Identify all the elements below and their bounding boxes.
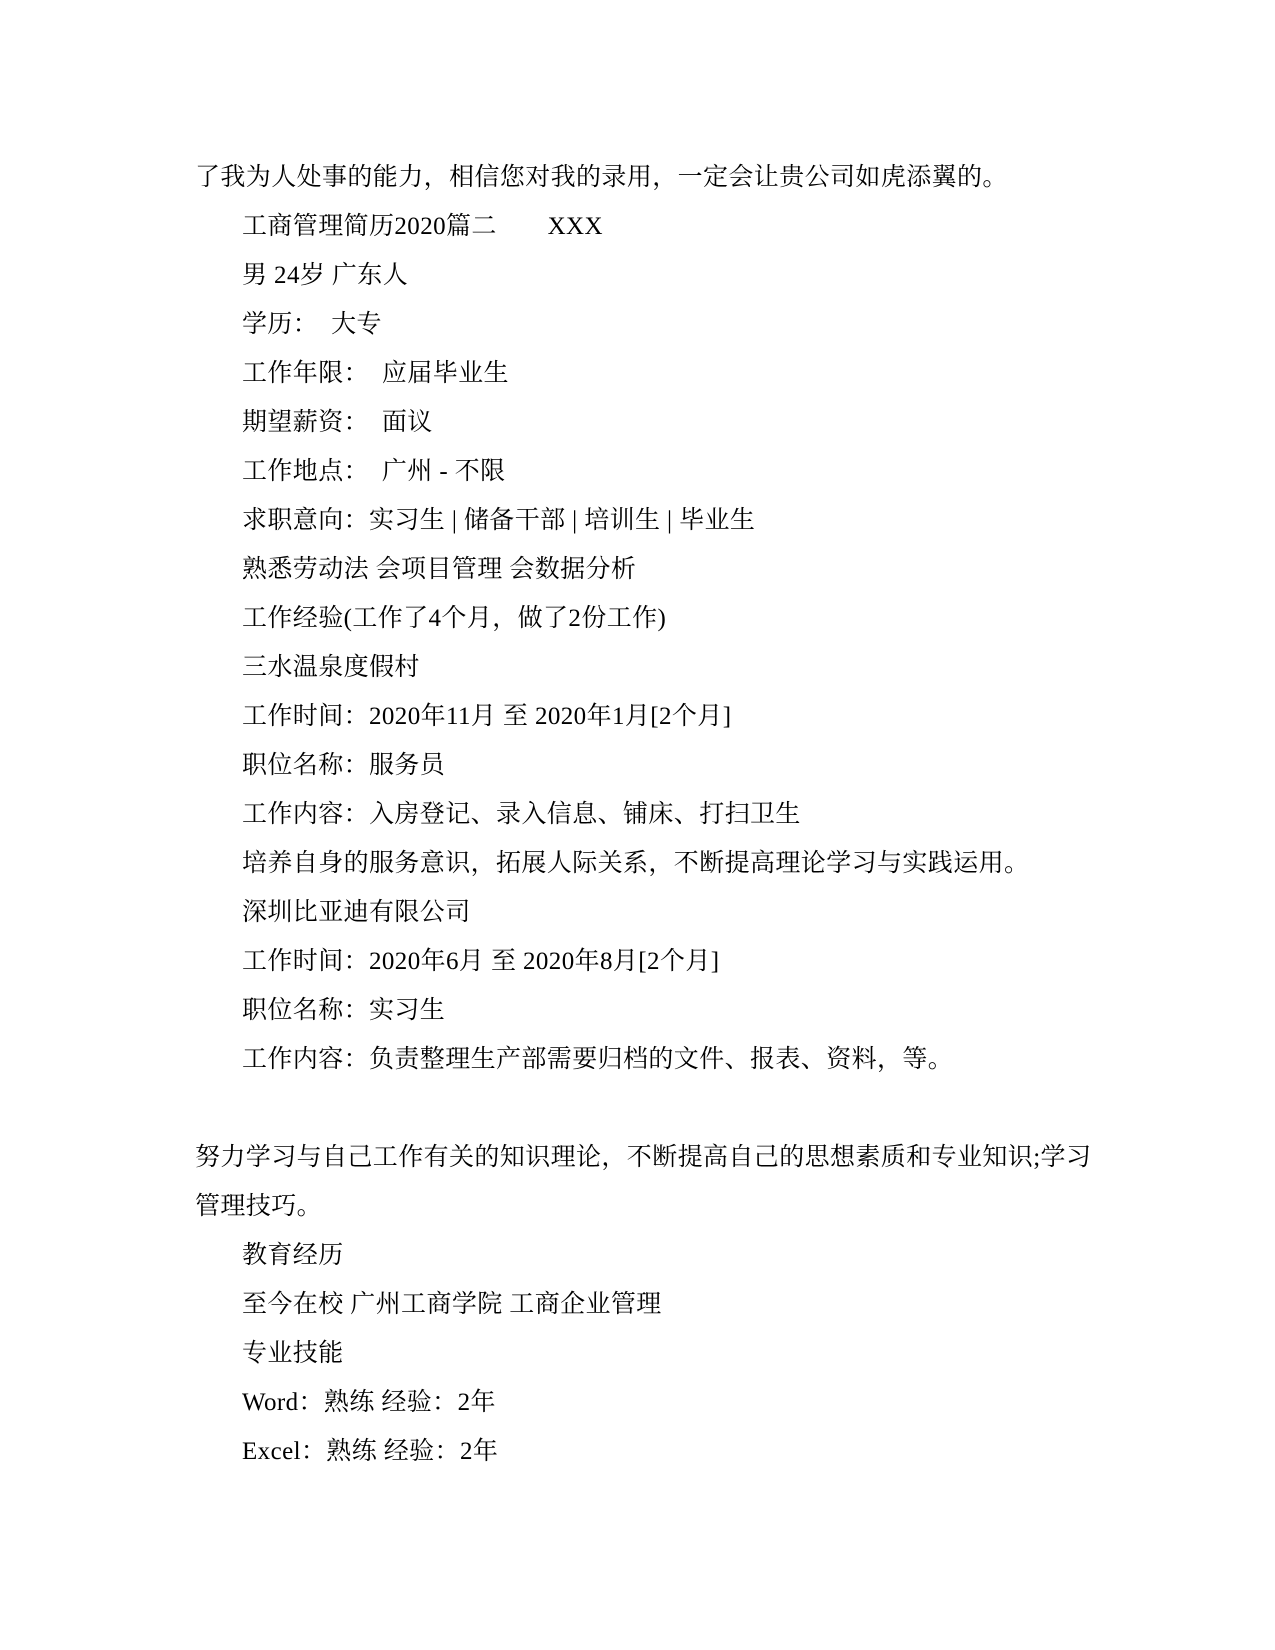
paragraph-8: 求职意向：实习生 | 储备干部 | 培训生 | 毕业生: [195, 496, 1105, 545]
paragraph-14: 工作内容：入房登记、录入信息、铺床、打扫卫生: [195, 790, 1105, 839]
paragraph-2: 工商管理简历2020篇二 XXX: [195, 202, 1105, 251]
paragraph-16: 深圳比亚迪有限公司: [195, 888, 1105, 937]
paragraph-24: 专业技能: [195, 1329, 1105, 1378]
paragraph-6: 期望薪资： 面议: [195, 398, 1105, 447]
paragraph-13: 职位名称：服务员: [195, 741, 1105, 790]
paragraph-25: Word：熟练 经验：2年: [195, 1378, 1105, 1427]
paragraph-11: 三水温泉度假村: [195, 643, 1105, 692]
paragraph-22: 教育经历: [195, 1231, 1105, 1280]
paragraph-15: 培养自身的服务意识，拓展人际关系，不断提高理论学习与实践运用。: [195, 839, 1105, 888]
paragraph-5: 工作年限： 应届毕业生: [195, 349, 1105, 398]
paragraph-1: 了我为人处事的能力，相信您对我的录用，一定会让贵公司如虎添翼的。: [195, 153, 1105, 202]
paragraph-19: 工作内容：负责整理生产部需要归档的文件、报表、资料，等。: [195, 1035, 1105, 1084]
paragraph-4: 学历： 大专: [195, 300, 1105, 349]
document-body: 了我为人处事的能力，相信您对我的录用，一定会让贵公司如虎添翼的。工商管理简历20…: [195, 153, 1105, 1476]
paragraph-3: 男 24岁 广东人: [195, 251, 1105, 300]
blank-line: [195, 1084, 1105, 1133]
paragraph-10: 工作经验(工作了4个月，做了2份工作): [195, 594, 1105, 643]
paragraph-12: 工作时间：2020年11月 至 2020年1月[2个月]: [195, 692, 1105, 741]
document-page: 了我为人处事的能力，相信您对我的录用，一定会让贵公司如虎添翼的。工商管理简历20…: [0, 0, 1275, 1650]
paragraph-18: 职位名称：实习生: [195, 986, 1105, 1035]
paragraph-9: 熟悉劳动法 会项目管理 会数据分析: [195, 545, 1105, 594]
paragraph-7: 工作地点： 广州 - 不限: [195, 447, 1105, 496]
paragraph-23: 至今在校 广州工商学院 工商企业管理: [195, 1280, 1105, 1329]
paragraph-21: 努力学习与自己工作有关的知识理论，不断提高自己的思想素质和专业知识;学习管理技巧…: [195, 1133, 1105, 1231]
paragraph-26: Excel：熟练 经验：2年: [195, 1427, 1105, 1476]
paragraph-17: 工作时间：2020年6月 至 2020年8月[2个月]: [195, 937, 1105, 986]
